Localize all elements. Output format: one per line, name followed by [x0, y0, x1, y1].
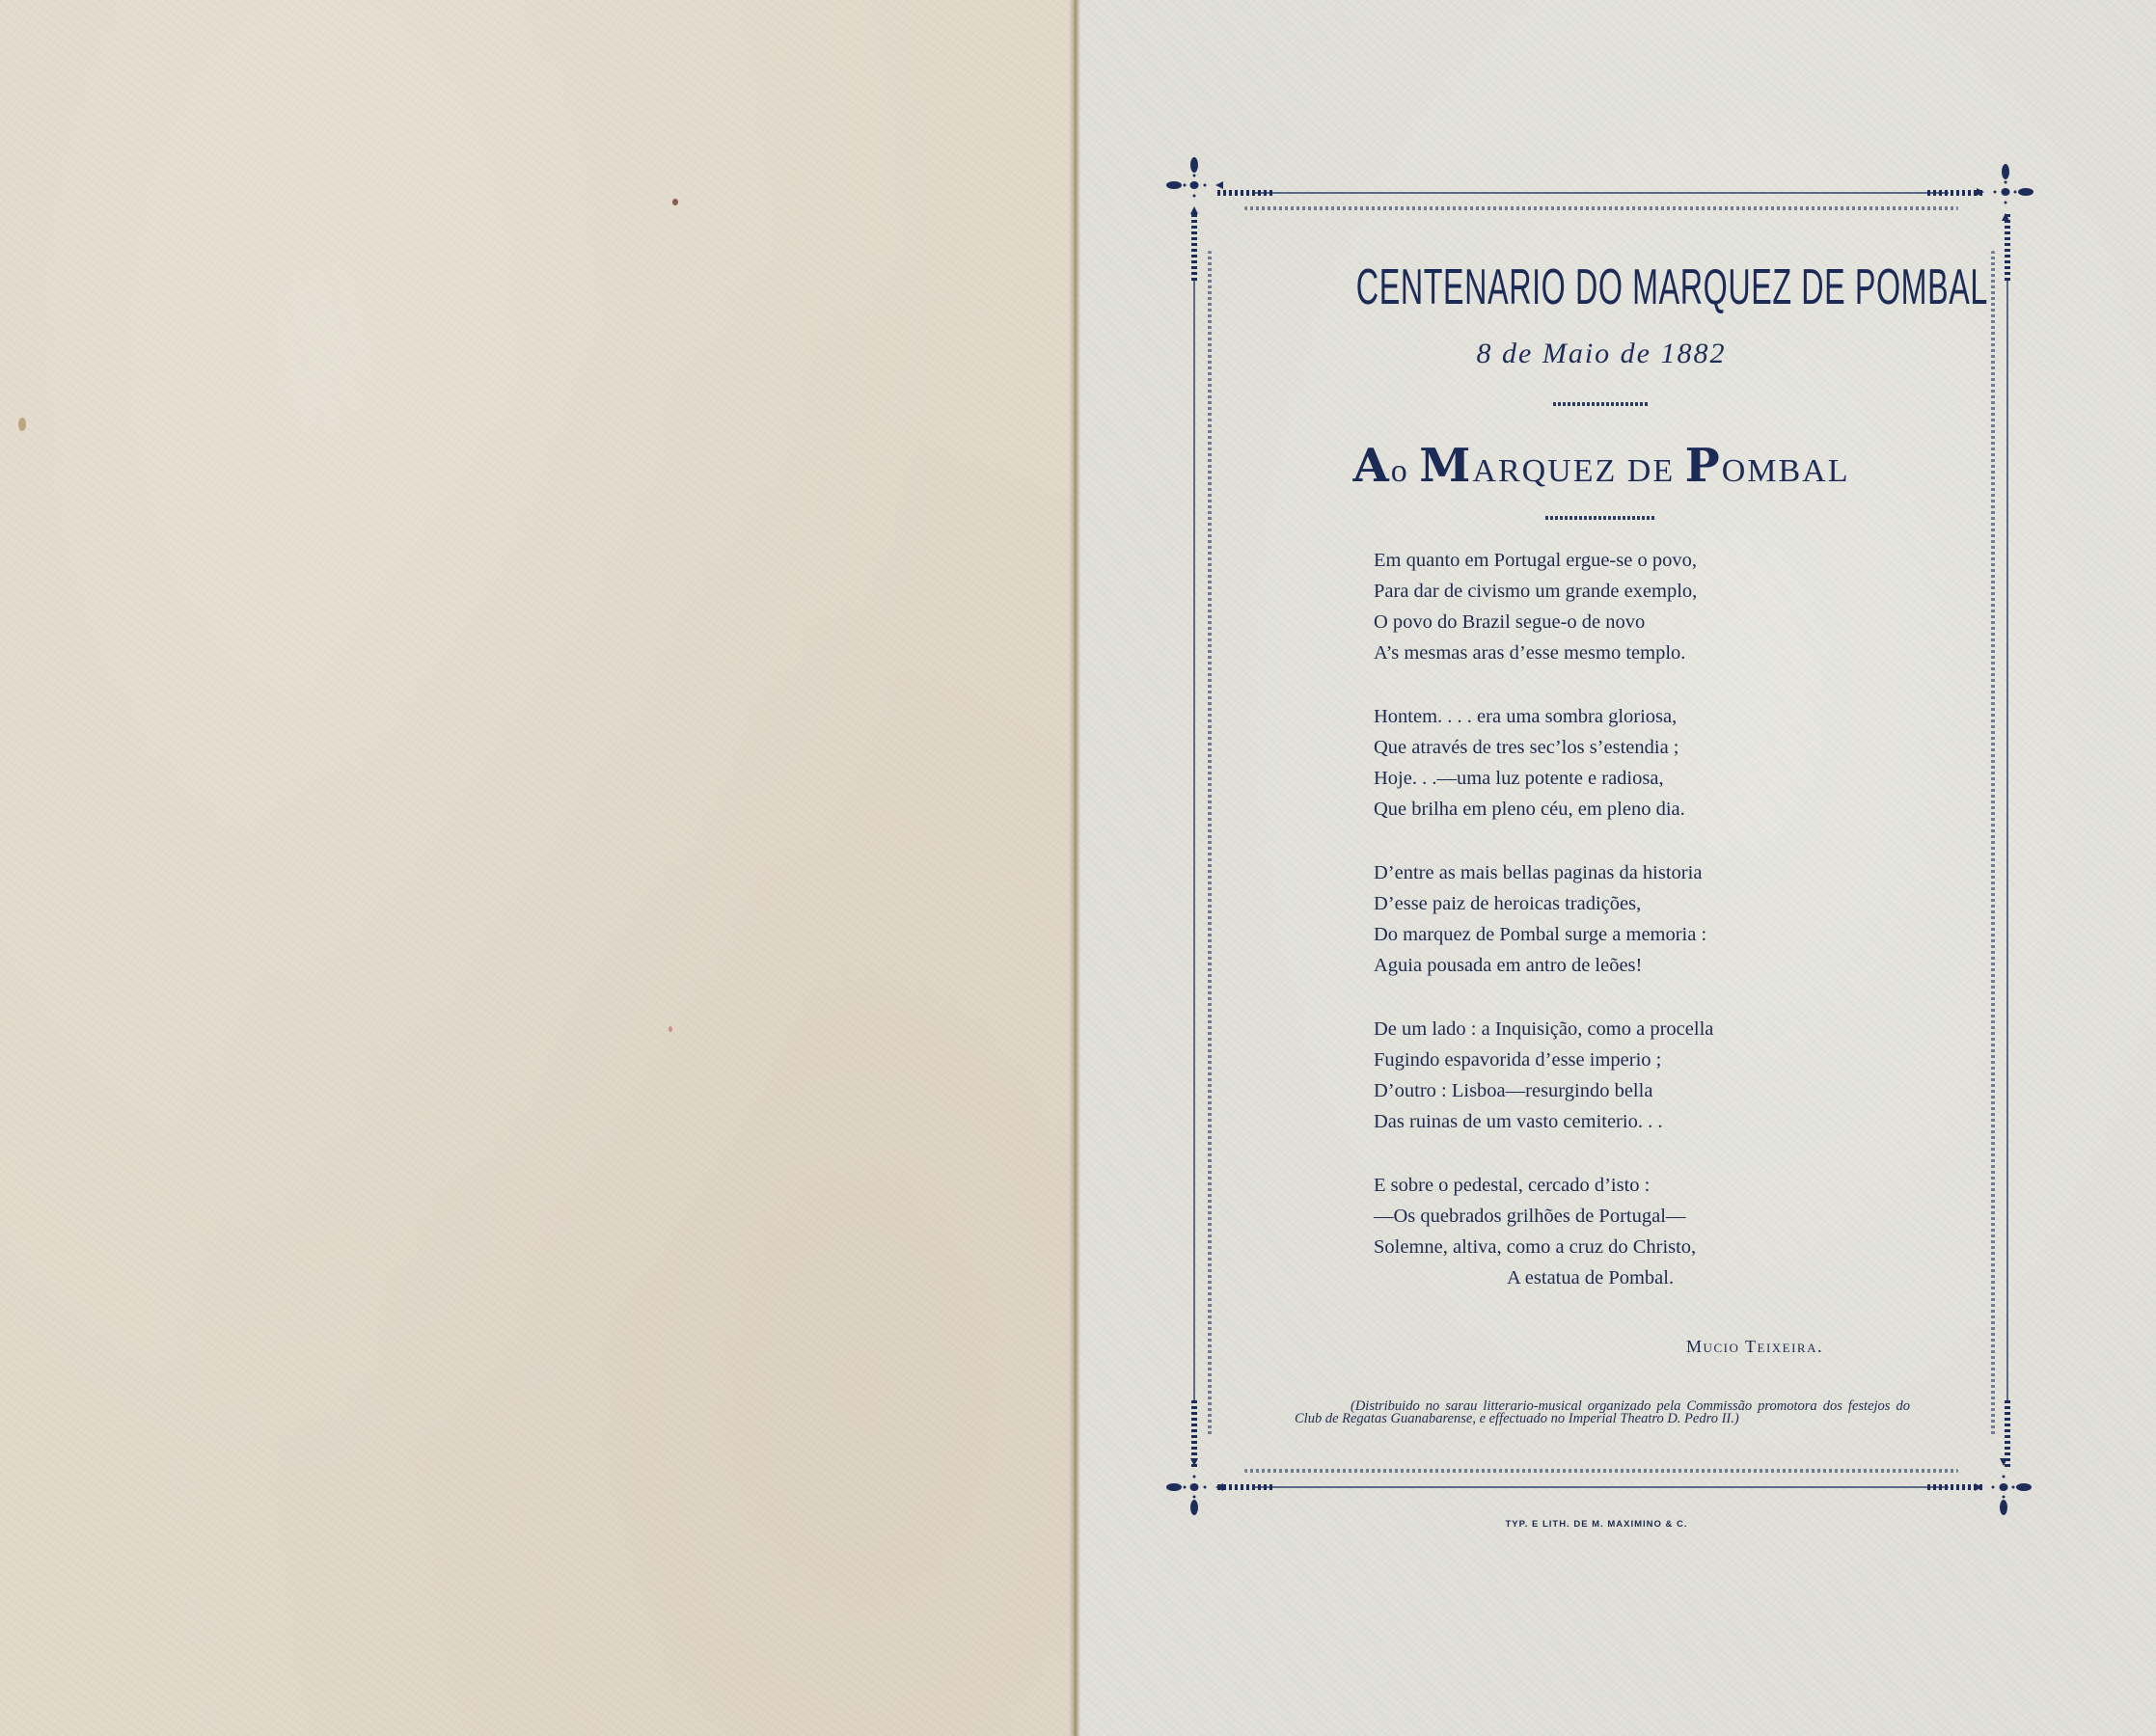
frame-left-line — [1193, 280, 1195, 1403]
verse-line: D’entre as mais bellas paginas da histor… — [1374, 857, 1952, 888]
title-word: OMBAL — [1722, 453, 1850, 489]
frame-dash — [1217, 190, 1275, 196]
corner-ornament-icon — [1165, 1458, 1223, 1516]
book-spine-gutter — [1069, 0, 1080, 1736]
poem-body: Em quanto em Portugal ergue-se o povo, P… — [1374, 545, 1952, 1326]
distribution-note: (Distribuido no sarau litterario-musical… — [1295, 1400, 1910, 1425]
poem-title: Ao MARQUEZ DE POMBAL — [1206, 439, 1997, 493]
verse-line: A’s mesmas aras d’esse mesmo templo. — [1374, 637, 1952, 668]
frame-right-line — [2006, 280, 2008, 1403]
decorated-initial: P — [1685, 439, 1722, 493]
printer-imprint: TYP. E LITH. DE M. MAXIMINO & C. — [1495, 1519, 1698, 1530]
frame-top-wavy — [1244, 206, 1958, 210]
verse-line: —Os quebrados grilhões de Portugal— — [1374, 1201, 1952, 1232]
verse-line: Hoje. . .—uma luz potente e radiosa, — [1374, 763, 1952, 794]
corner-ornament-icon — [1165, 156, 1223, 214]
verse-line: Fugindo espavorida d’esse imperio ; — [1374, 1044, 1952, 1075]
title-word: DE — [1627, 453, 1675, 489]
left-page — [0, 0, 1076, 1736]
verse-line: Hontem. . . . era uma sombra gloriosa, — [1374, 701, 1952, 732]
frame-dash — [1217, 1484, 1275, 1490]
paper-stain — [18, 418, 26, 431]
decorated-initial: A — [1353, 439, 1391, 493]
stanza: De um lado : a Inquisição, como a procel… — [1374, 1014, 1952, 1137]
paper-spot — [669, 1026, 672, 1032]
verse-line: Que através de tres sec’los s’estendia ; — [1374, 732, 1952, 763]
verse-line: O povo do Brazil segue-o de novo — [1374, 607, 1952, 637]
frame-top-line — [1254, 192, 1949, 194]
verse-line: D’esse paiz de heroicas tradições, — [1374, 888, 1952, 919]
stanza: Em quanto em Portugal ergue-se o povo, P… — [1374, 545, 1952, 668]
verse-line: D’outro : Lisboa—resurgindo bella — [1374, 1075, 1952, 1106]
corner-ornament-icon — [1975, 1458, 2033, 1516]
date-line: 8 de Maio de 1882 — [1206, 338, 1997, 370]
verse-line: Em quanto em Portugal ergue-se o povo, — [1374, 545, 1952, 576]
page-title: CENTENARIO DO MARQUEZ DE POMBAL — [1356, 258, 1846, 316]
verse-line: Do marquez de Pombal surge a memoria : — [1374, 919, 1952, 950]
verse-line: Das ruinas de um vasto cemiterio. . . — [1374, 1106, 1952, 1137]
stanza: E sobre o pedestal, cercado d’isto : —Os… — [1374, 1170, 1952, 1293]
frame-left-wavy — [1208, 251, 1212, 1437]
verse-line: Que brilha em pleno céu, em pleno dia. — [1374, 794, 1952, 825]
frame-dash — [2005, 214, 2010, 282]
frame-bottom-wavy — [1244, 1469, 1958, 1473]
author-signature: Mucio Teixeira. — [1640, 1337, 1823, 1357]
verse-line: Para dar de civismo um grande exemplo, — [1374, 576, 1952, 607]
corner-ornament-icon — [1977, 163, 2034, 221]
verse-line: A estatua de Pombal. — [1374, 1262, 1952, 1293]
verse-line: De um lado : a Inquisição, como a procel… — [1374, 1014, 1952, 1044]
wavy-divider — [1545, 516, 1655, 520]
verse-line: Solemne, altiva, como a cruz do Christo, — [1374, 1232, 1952, 1262]
verse-line: Aguia pousada em antro de leões! — [1374, 950, 1952, 981]
title-word: ARQUEZ — [1472, 453, 1617, 489]
stanza: Hontem. . . . era uma sombra gloriosa, Q… — [1374, 701, 1952, 825]
frame-dash — [1191, 214, 1197, 282]
frame-right-wavy — [1991, 251, 1995, 1437]
verse-line: E sobre o pedestal, cercado d’isto : — [1374, 1170, 1952, 1201]
stanza: D’entre as mais bellas paginas da histor… — [1374, 857, 1952, 981]
wavy-divider — [1553, 402, 1650, 406]
paper-spot — [672, 199, 678, 205]
frame-bottom-line — [1254, 1486, 1949, 1488]
decorated-initial: M — [1419, 439, 1472, 493]
title-word: o — [1391, 453, 1409, 489]
